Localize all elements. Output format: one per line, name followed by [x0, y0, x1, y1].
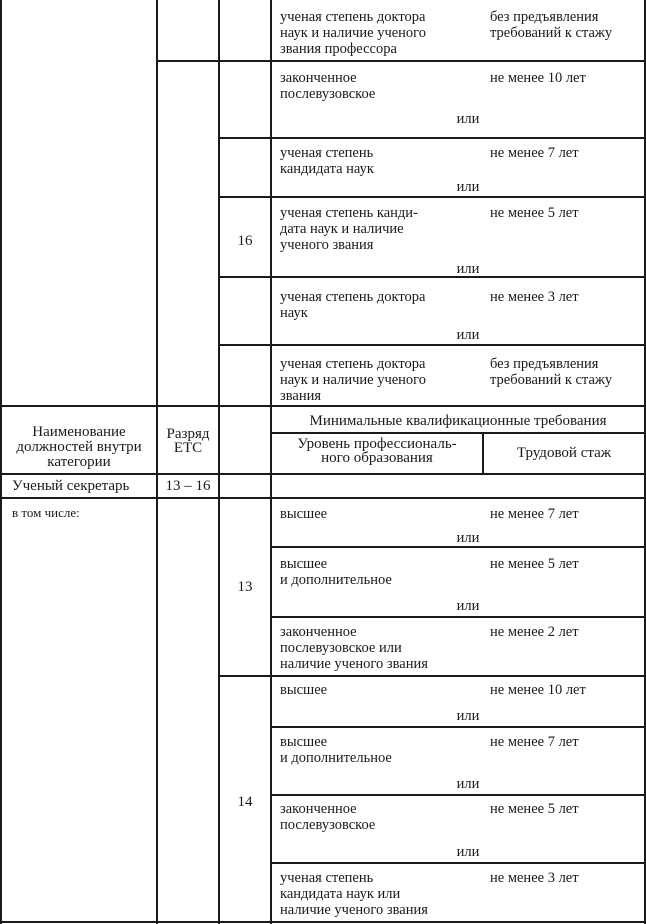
experience-cell: не менее 7 лет [490, 506, 579, 522]
experience-cell: не менее 2 лет [490, 624, 579, 640]
or-separator: или [438, 111, 498, 127]
grade-cell: 14 [220, 794, 270, 810]
experience-cell: не менее 10 лет [490, 70, 586, 86]
or-separator: или [438, 708, 498, 724]
row-divider [270, 616, 646, 618]
grade-cell: 16 [220, 233, 270, 249]
education-cell: законченное послевузовское или наличие у… [280, 624, 428, 672]
row-divider [218, 196, 646, 198]
education-cell: законченное послевузовское [280, 70, 375, 102]
row-divider [0, 405, 646, 407]
row-divider [218, 276, 646, 278]
grade-cell: 13 [220, 579, 270, 595]
education-cell: ученая степень доктора наук [280, 289, 425, 321]
or-separator: или [438, 530, 498, 546]
experience-cell: не менее 7 лет [490, 734, 579, 750]
row-divider [270, 726, 646, 728]
experience-cell: не менее 5 лет [490, 801, 579, 817]
experience-cell: не менее 7 лет [490, 145, 579, 161]
row-divider [0, 473, 646, 475]
or-separator: или [438, 844, 498, 860]
education-cell: высшее [280, 682, 327, 698]
row-divider [270, 862, 646, 864]
row-divider [270, 432, 646, 434]
education-cell: высшее и дополнительное [280, 734, 392, 766]
row-divider [270, 546, 646, 548]
education-cell: высшее и дополнительное [280, 556, 392, 588]
experience-cell: не менее 5 лет [490, 205, 579, 221]
experience-cell: без предъявления требований к стажу [490, 9, 612, 41]
experience-cell: без предъявления требований к стажу [490, 356, 612, 388]
education-cell: ученая степень канди- дата наук и наличи… [280, 205, 418, 253]
education-cell: ученая степень кандидата наук или наличи… [280, 870, 428, 918]
row-divider [218, 137, 646, 139]
row-divider [0, 497, 646, 499]
or-separator: или [438, 327, 498, 343]
column-divider [156, 0, 158, 924]
or-separator: или [438, 776, 498, 792]
education-cell: законченное послевузовское [280, 801, 375, 833]
or-separator: или [438, 598, 498, 614]
education-cell: ученая степень доктора наук и наличие уч… [280, 356, 426, 404]
header-requirements: Минимальные квалификационные требования [272, 413, 644, 429]
including-label: в том числе: [12, 505, 80, 521]
experience-cell: не менее 3 лет [490, 870, 579, 886]
row-divider [218, 675, 646, 677]
or-separator: или [438, 179, 498, 195]
row-divider [156, 60, 646, 62]
education-cell: ученая степень доктора наук и наличие уч… [280, 9, 426, 57]
education-cell: высшее [280, 506, 327, 522]
education-cell: ученая степень кандидата наук [280, 145, 374, 177]
experience-cell: не менее 10 лет [490, 682, 586, 698]
experience-cell: не менее 5 лет [490, 556, 579, 572]
column-divider [270, 0, 272, 405]
row-divider [218, 344, 646, 346]
header-education-level: Уровень профессиональ- ного образования [272, 437, 482, 465]
header-grade: Разряд ЕТС [158, 427, 218, 455]
column-divider [270, 473, 272, 924]
position-grade: 13 – 16 [158, 478, 218, 494]
table-border-bottom [0, 921, 646, 923]
experience-cell: не менее 3 лет [490, 289, 579, 305]
header-position-name: Наименование должностей внутри категории [2, 425, 156, 470]
header-experience: Трудовой стаж [484, 445, 644, 461]
row-divider [270, 794, 646, 796]
position-name: Ученый секретарь [12, 478, 129, 494]
or-separator: или [438, 261, 498, 277]
